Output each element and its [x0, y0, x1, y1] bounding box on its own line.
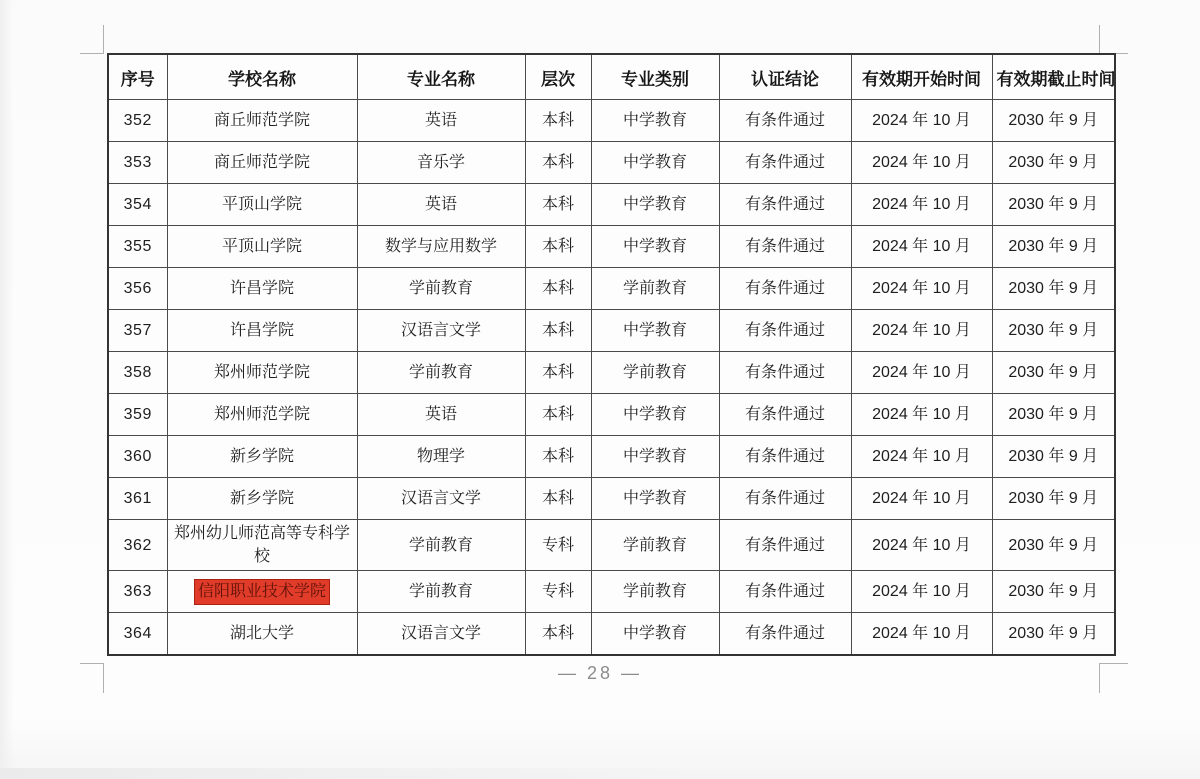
cell-major: 汉语言文学 [357, 310, 525, 352]
cell-major: 英语 [357, 184, 525, 226]
page-number: — 28 — [0, 663, 1200, 684]
cell-end: 2030 年 9 月 [992, 571, 1115, 613]
cell-school: 商丘师范学院 [167, 142, 357, 184]
table-row: 357许昌学院汉语言文学本科中学教育有条件通过2024 年 10 月2030 年… [108, 310, 1115, 352]
cell-no: 359 [108, 394, 167, 436]
cell-start: 2024 年 10 月 [851, 394, 992, 436]
cell-major: 学前教育 [357, 520, 525, 571]
cell-major: 学前教育 [357, 352, 525, 394]
cell-conclusion: 有条件通过 [719, 436, 851, 478]
cell-conclusion: 有条件通过 [719, 310, 851, 352]
table-row: 356许昌学院学前教育本科学前教育有条件通过2024 年 10 月2030 年 … [108, 268, 1115, 310]
table-row: 354平顶山学院英语本科中学教育有条件通过2024 年 10 月2030 年 9… [108, 184, 1115, 226]
cell-start: 2024 年 10 月 [851, 268, 992, 310]
cell-start: 2024 年 10 月 [851, 184, 992, 226]
cell-no: 352 [108, 100, 167, 142]
cell-category: 学前教育 [591, 571, 719, 613]
cell-start: 2024 年 10 月 [851, 352, 992, 394]
cell-category: 学前教育 [591, 520, 719, 571]
cell-start: 2024 年 10 月 [851, 478, 992, 520]
cell-end: 2030 年 9 月 [992, 226, 1115, 268]
cell-start: 2024 年 10 月 [851, 310, 992, 352]
cell-conclusion: 有条件通过 [719, 478, 851, 520]
cell-start: 2024 年 10 月 [851, 571, 992, 613]
cell-end: 2030 年 9 月 [992, 352, 1115, 394]
table-body: 352商丘师范学院英语本科中学教育有条件通过2024 年 10 月2030 年 … [108, 100, 1115, 656]
table-row: 352商丘师范学院英语本科中学教育有条件通过2024 年 10 月2030 年 … [108, 100, 1115, 142]
col-header-major: 专业名称 [357, 54, 525, 100]
cell-school: 郑州师范学院 [167, 352, 357, 394]
cell-end: 2030 年 9 月 [992, 478, 1115, 520]
col-header-end: 有效期截止时间 [992, 54, 1115, 100]
col-header-start: 有效期开始时间 [851, 54, 992, 100]
cell-start: 2024 年 10 月 [851, 226, 992, 268]
cell-school: 信阳职业技术学院 [167, 571, 357, 613]
cell-level: 本科 [525, 613, 591, 656]
document-page: { "page": { "footer_text": "— 28 —", "pa… [0, 0, 1200, 779]
cell-major: 音乐学 [357, 142, 525, 184]
col-header-conclusion: 认证结论 [719, 54, 851, 100]
cell-level: 本科 [525, 226, 591, 268]
cell-end: 2030 年 9 月 [992, 520, 1115, 571]
cell-no: 357 [108, 310, 167, 352]
cell-level: 本科 [525, 100, 591, 142]
cell-major: 学前教育 [357, 268, 525, 310]
col-header-no: 序号 [108, 54, 167, 100]
cell-category: 学前教育 [591, 352, 719, 394]
cell-level: 本科 [525, 268, 591, 310]
cell-level: 专科 [525, 571, 591, 613]
cell-school: 湖北大学 [167, 613, 357, 656]
table-row: 360新乡学院物理学本科中学教育有条件通过2024 年 10 月2030 年 9… [108, 436, 1115, 478]
cell-start: 2024 年 10 月 [851, 613, 992, 656]
cell-major: 英语 [357, 394, 525, 436]
table-row: 359郑州师范学院英语本科中学教育有条件通过2024 年 10 月2030 年 … [108, 394, 1115, 436]
cell-no: 360 [108, 436, 167, 478]
highlighted-school: 信阳职业技术学院 [194, 579, 330, 605]
table-header-row: 序号学校名称专业名称层次专业类别认证结论有效期开始时间有效期截止时间 [108, 54, 1115, 100]
cell-level: 本科 [525, 436, 591, 478]
cell-level: 本科 [525, 142, 591, 184]
cell-end: 2030 年 9 月 [992, 436, 1115, 478]
cell-conclusion: 有条件通过 [719, 100, 851, 142]
cell-level: 本科 [525, 310, 591, 352]
cell-category: 中学教育 [591, 184, 719, 226]
cell-category: 中学教育 [591, 394, 719, 436]
cell-end: 2030 年 9 月 [992, 613, 1115, 656]
cell-conclusion: 有条件通过 [719, 571, 851, 613]
cell-category: 中学教育 [591, 436, 719, 478]
cell-start: 2024 年 10 月 [851, 100, 992, 142]
cell-start: 2024 年 10 月 [851, 142, 992, 184]
cell-category: 中学教育 [591, 613, 719, 656]
cell-category: 学前教育 [591, 268, 719, 310]
cell-level: 本科 [525, 352, 591, 394]
cell-major: 学前教育 [357, 571, 525, 613]
cell-major: 物理学 [357, 436, 525, 478]
cell-level: 本科 [525, 478, 591, 520]
col-header-school: 学校名称 [167, 54, 357, 100]
cell-category: 中学教育 [591, 100, 719, 142]
cell-no: 354 [108, 184, 167, 226]
cell-conclusion: 有条件通过 [719, 394, 851, 436]
cell-school: 许昌学院 [167, 310, 357, 352]
cell-end: 2030 年 9 月 [992, 100, 1115, 142]
cell-no: 356 [108, 268, 167, 310]
cell-category: 中学教育 [591, 310, 719, 352]
table-row: 362郑州幼儿师范高等专科学校学前教育专科学前教育有条件通过2024 年 10 … [108, 520, 1115, 571]
cell-school: 新乡学院 [167, 436, 357, 478]
cell-conclusion: 有条件通过 [719, 520, 851, 571]
table-row: 353商丘师范学院音乐学本科中学教育有条件通过2024 年 10 月2030 年… [108, 142, 1115, 184]
cell-level: 本科 [525, 184, 591, 226]
crop-mark-top-left [80, 25, 104, 54]
cell-end: 2030 年 9 月 [992, 142, 1115, 184]
cell-end: 2030 年 9 月 [992, 310, 1115, 352]
cell-school: 许昌学院 [167, 268, 357, 310]
cell-no: 362 [108, 520, 167, 571]
cell-major: 数学与应用数学 [357, 226, 525, 268]
cell-start: 2024 年 10 月 [851, 436, 992, 478]
cell-school: 平顶山学院 [167, 184, 357, 226]
page-photo: 序号学校名称专业名称层次专业类别认证结论有效期开始时间有效期截止时间 352商丘… [0, 0, 1200, 779]
cell-no: 358 [108, 352, 167, 394]
cell-level: 本科 [525, 394, 591, 436]
cell-end: 2030 年 9 月 [992, 184, 1115, 226]
cell-conclusion: 有条件通过 [719, 268, 851, 310]
cell-no: 355 [108, 226, 167, 268]
crop-mark-top-right [1099, 25, 1128, 54]
page-bottom-shadow [0, 768, 700, 779]
cell-no: 363 [108, 571, 167, 613]
cell-major: 英语 [357, 100, 525, 142]
cell-conclusion: 有条件通过 [719, 184, 851, 226]
cell-major: 汉语言文学 [357, 613, 525, 656]
cell-conclusion: 有条件通过 [719, 352, 851, 394]
cell-category: 中学教育 [591, 478, 719, 520]
cell-conclusion: 有条件通过 [719, 226, 851, 268]
accreditation-table: 序号学校名称专业名称层次专业类别认证结论有效期开始时间有效期截止时间 352商丘… [107, 53, 1116, 656]
table-row: 363信阳职业技术学院学前教育专科学前教育有条件通过2024 年 10 月203… [108, 571, 1115, 613]
cell-category: 中学教育 [591, 142, 719, 184]
table-row: 358郑州师范学院学前教育本科学前教育有条件通过2024 年 10 月2030 … [108, 352, 1115, 394]
cell-no: 361 [108, 478, 167, 520]
cell-school: 平顶山学院 [167, 226, 357, 268]
cell-no: 364 [108, 613, 167, 656]
col-header-category: 专业类别 [591, 54, 719, 100]
cell-conclusion: 有条件通过 [719, 613, 851, 656]
cell-category: 中学教育 [591, 226, 719, 268]
cell-school: 新乡学院 [167, 478, 357, 520]
table-row: 355平顶山学院数学与应用数学本科中学教育有条件通过2024 年 10 月203… [108, 226, 1115, 268]
cell-school: 商丘师范学院 [167, 100, 357, 142]
table-row: 364湖北大学汉语言文学本科中学教育有条件通过2024 年 10 月2030 年… [108, 613, 1115, 656]
cell-school: 郑州幼儿师范高等专科学校 [167, 520, 357, 571]
cell-conclusion: 有条件通过 [719, 142, 851, 184]
cell-no: 353 [108, 142, 167, 184]
cell-major: 汉语言文学 [357, 478, 525, 520]
col-header-level: 层次 [525, 54, 591, 100]
cell-end: 2030 年 9 月 [992, 394, 1115, 436]
cell-end: 2030 年 9 月 [992, 268, 1115, 310]
table-row: 361新乡学院汉语言文学本科中学教育有条件通过2024 年 10 月2030 年… [108, 478, 1115, 520]
cell-school: 郑州师范学院 [167, 394, 357, 436]
cell-level: 专科 [525, 520, 591, 571]
cell-start: 2024 年 10 月 [851, 520, 992, 571]
